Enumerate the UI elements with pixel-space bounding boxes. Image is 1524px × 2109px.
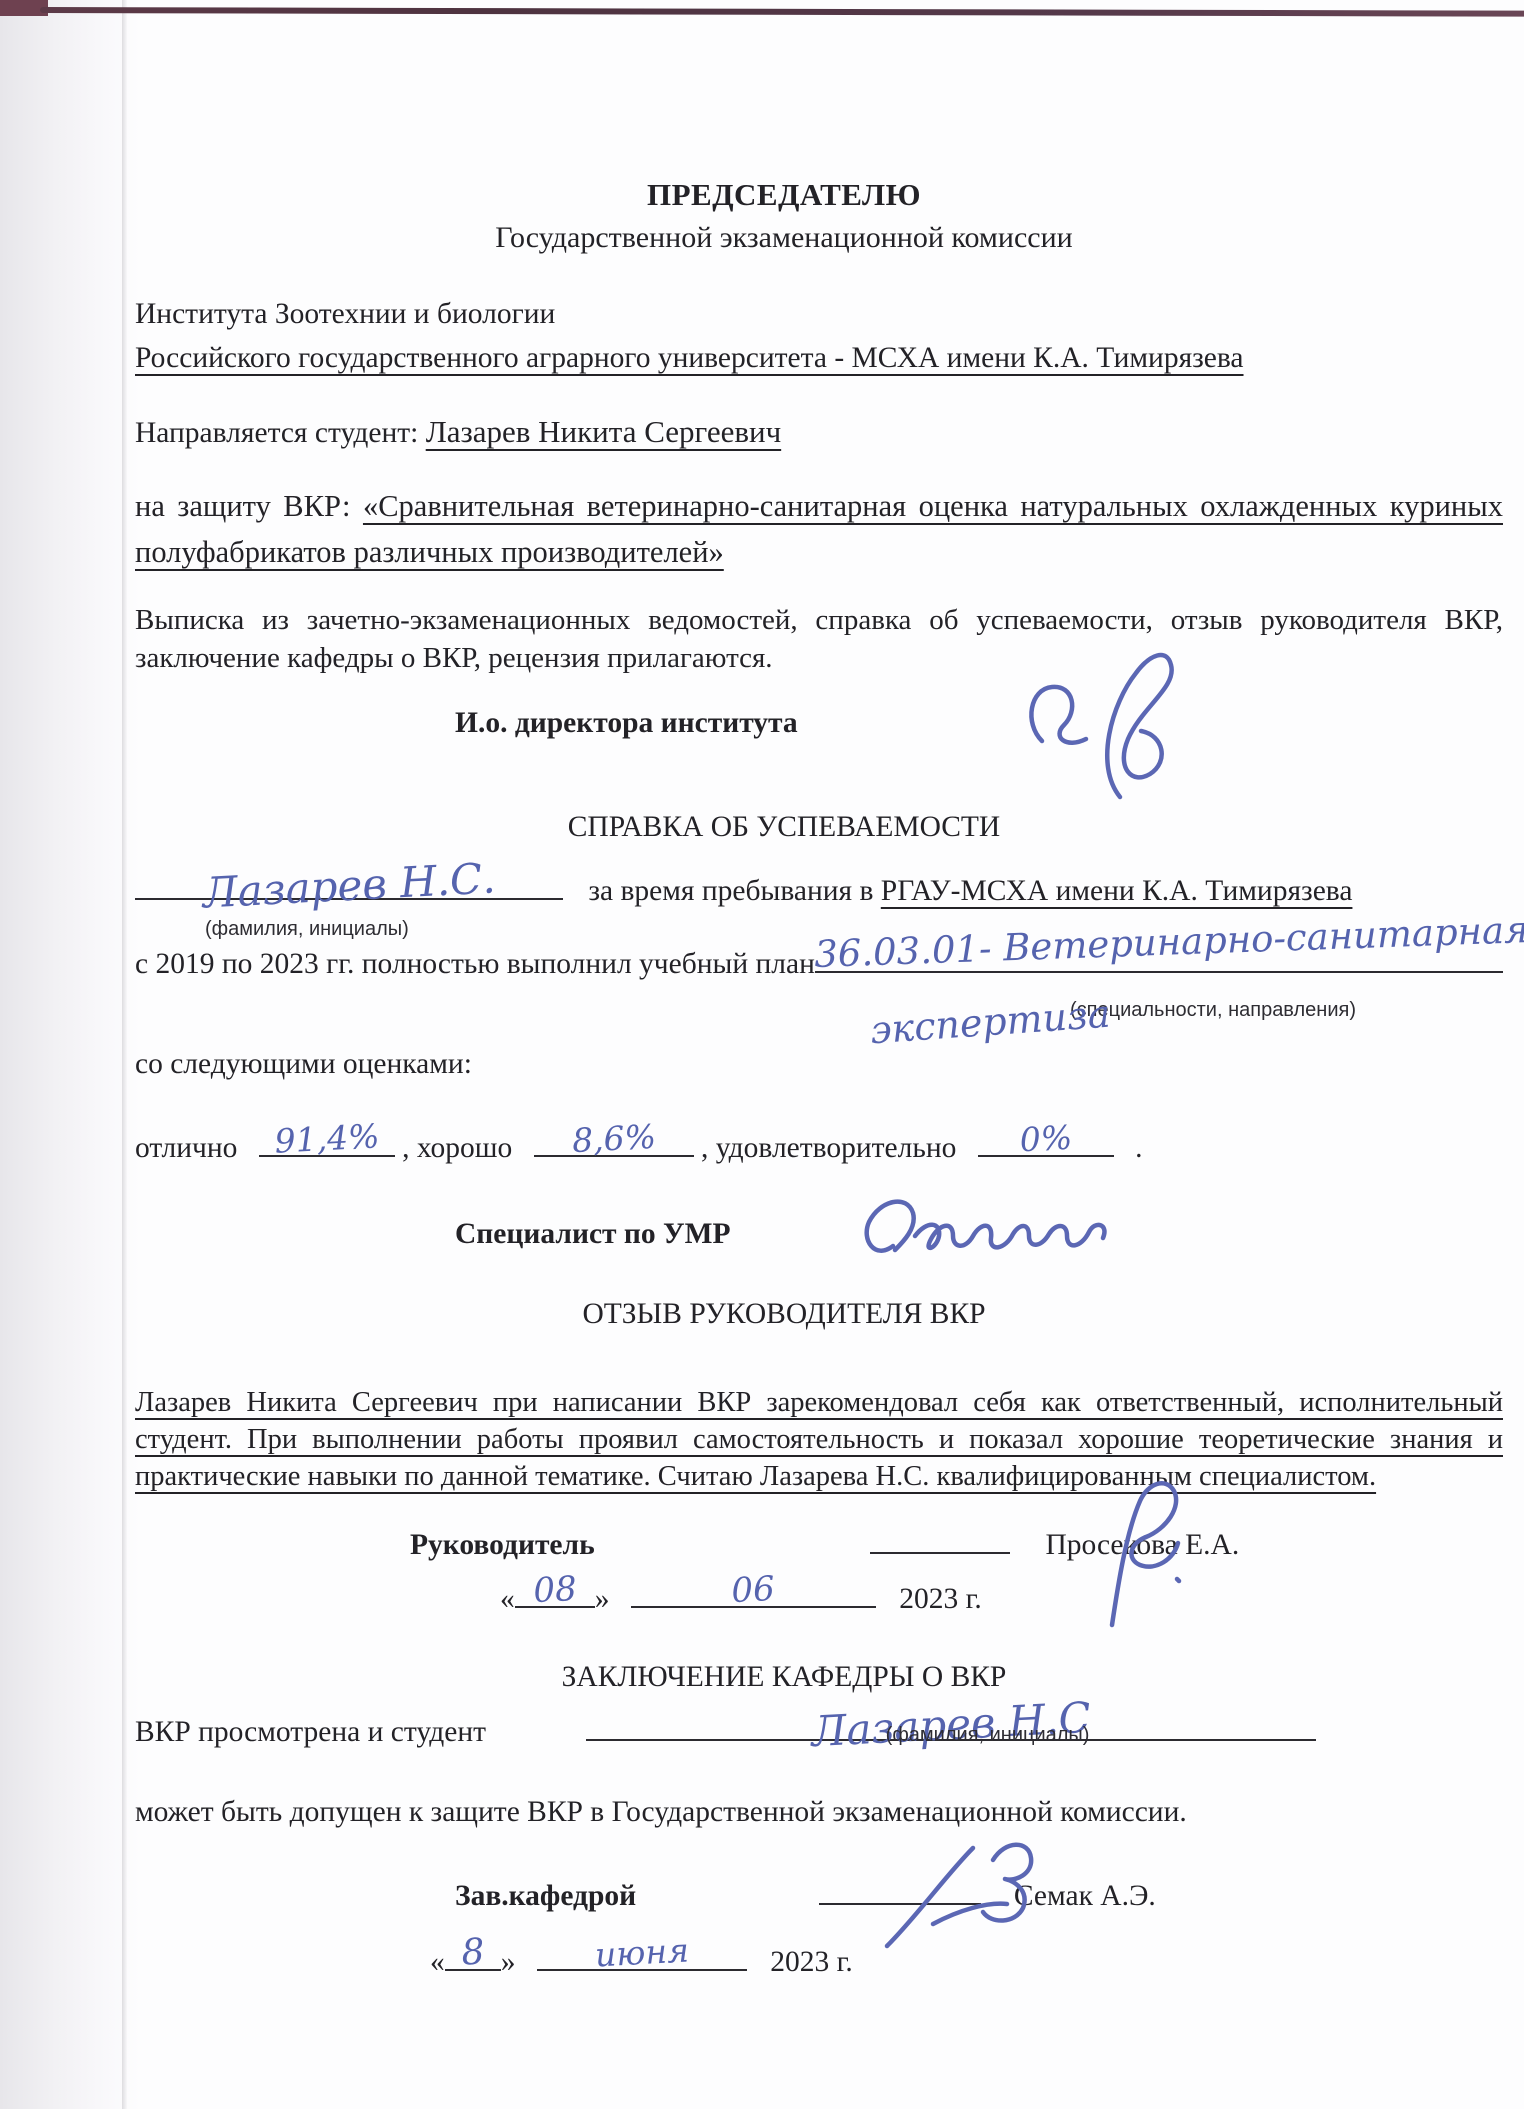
specialty-caption-band: (специальности, направления) экспертиза [135,984,1503,1042]
department-head-label: Зав.кафедрой [455,1880,636,1912]
thesis-line: на защиту ВКР: «Сравнительная ветеринарн… [135,483,1503,575]
grade-satisfactory-label: , удовлетворительно [701,1132,956,1164]
date2-day-blank: 8 [445,1969,501,1971]
plan-text: с 2019 по 2023 гг. полностью выполнил уч… [135,944,815,984]
grades-line: отлично 91,4% , хорошо 8,6% , удовлетвор… [135,1128,1503,1168]
scanned-page: ПРЕДСЕДАТЕЛЮ Государственной экзаменацио… [0,0,1524,2109]
date1-year: 2023 г. [899,1583,982,1615]
grade-excellent-label: отлично [135,1132,237,1164]
reviewed-line: ВКР просмотрена и студент Лазарев Н.С (ф… [135,1707,1503,1752]
umr-label: Специалист по УМР [455,1218,731,1250]
grade-good-label: , хорошо [402,1132,512,1164]
addressee-heading: ПРЕДСЕДАТЕЛЮ [135,175,1503,215]
date2-year: 2023 г. [770,1946,853,1978]
date1-open-quote: « [500,1583,515,1615]
specialty-handwritten-2: экспертиза [869,994,1112,1051]
student-line: Направляется студент: Лазарев Никита Сер… [135,412,1503,453]
date2-close-quote: » [501,1946,516,1978]
umr-line: Специалист по УМР [135,1214,1503,1254]
grade-satisfactory-value: 0% [1019,1118,1073,1161]
page-fold-line [122,0,127,2109]
director-label: И.о. директора института [455,707,798,739]
director-line: И.о. директора института [135,703,1503,743]
specialty-blank: 36.03.01- Ветеринарно-санитарная [815,939,1503,973]
institute-line: Института Зоотехнии и биологии [135,294,1503,334]
stay-text: за время пребывания в [588,875,873,907]
university-line: Российского государственного аграрного у… [135,342,1244,374]
plan-line: с 2019 по 2023 гг. полностью выполнил уч… [135,939,1503,984]
grades-intro: со следующими оценками: [135,1044,1503,1084]
supervisor-signature-blank [870,1552,1010,1554]
attachments-paragraph: Выписка из зачетно-экзаменационных ведом… [135,601,1503,677]
date2-open-quote: « [430,1946,445,1978]
progress-name-line: Лазарев Н.С. за время пребывания в РГАУ-… [135,871,1503,911]
date1-day-blank: 08 [515,1606,595,1608]
grade-good-value: 8,6% [571,1117,657,1161]
progress-heading: СПРАВКА ОБ УСПЕВАЕМОСТИ [135,807,1503,847]
date1-close-quote: » [595,1583,610,1615]
document-content: ПРЕДСЕДАТЕЛЮ Государственной экзаменацио… [135,0,1503,1982]
conclusion-name-blank: Лазарев Н.С (фамилия, инициалы) [586,1707,1316,1741]
umr-signature [853,1186,1123,1281]
commission-line: Государственной экзаменационной комиссии [135,218,1503,258]
progress-name-handwritten: Лазарев Н.С. [202,858,497,913]
head-signature-blank [819,1903,981,1905]
thesis-prefix: на защиту ВКР: [135,489,351,523]
grade-satisfactory-blank: 0% [978,1155,1114,1157]
supervisor-date-line: «08» 06 2023 г. [135,1579,1503,1619]
grade-excellent-value: 91,4% [273,1116,380,1161]
supervisor-name: Просекова Е.А. [1045,1529,1239,1561]
grade-good-blank: 8,6% [534,1155,694,1157]
supervisor-line: Руководитель Просекова Е.А. [135,1525,1503,1565]
student-label: Направляется студент: [135,417,418,449]
grades-period: . [1135,1132,1142,1164]
date1-month: 06 [731,1569,776,1611]
conclusion-heading: ЗАКЛЮЧЕНИЕ КАФЕДРЫ О ВКР [135,1657,1503,1697]
date2-day: 8 [460,1932,485,1973]
stay-university: РГАУ-МСХА имени К.А. Тимирязева [881,875,1353,907]
conclusion-name-caption: (фамилия, инициалы) [886,1715,1090,1755]
specialty-caption: (специальности, направления) [1070,990,1356,1030]
supervisor-label: Руководитель [410,1529,595,1561]
department-head-line: Зав.кафедрой Семак А.Э. [135,1876,1503,1916]
date2-month: июня [594,1931,690,1976]
date1-day: 08 [532,1569,577,1611]
head-date-line: «8» июня 2023 г. [135,1942,1503,1982]
review-paragraph: Лазарев Никита Сергеевич при написании В… [135,1387,1503,1492]
admission-line: может быть допущен к защите ВКР в Госуда… [135,1792,1503,1832]
date2-month-blank: июня [537,1969,747,1971]
reviewed-text: ВКР просмотрена и студент [135,1712,486,1752]
student-name: Лазарев Никита Сергеевич [426,414,781,449]
review-heading: ОТЗЫВ РУКОВОДИТЕЛЯ ВКР [135,1294,1503,1334]
date1-month-blank: 06 [631,1606,876,1608]
progress-name-blank: Лазарев Н.С. [135,898,563,900]
department-head-name: Семак А.Э. [1014,1880,1156,1912]
grade-excellent-blank: 91,4% [259,1155,395,1157]
page-left-margin-shade [0,0,140,2109]
